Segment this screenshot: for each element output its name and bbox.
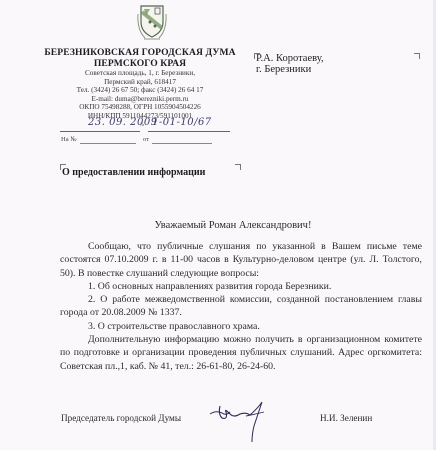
org-name-line2: ПЕРМСКОГО КРАЯ xyxy=(40,58,240,69)
agenda-item-2: 2. О работе межведомственной комиссии, с… xyxy=(60,293,422,320)
body-paragraph-2: Дополнительную информацию можно получить… xyxy=(60,333,422,373)
date-underline xyxy=(60,131,140,132)
registration-date: 23. 09. 2009 xyxy=(88,117,158,128)
agenda-item-3: 3. О строительстве православного храма. xyxy=(60,320,422,333)
ref-from-label: от xyxy=(143,136,149,143)
signatory-name: Н.И. Зеленин xyxy=(320,413,372,423)
ref-from-line xyxy=(152,143,212,144)
body-paragraph-1: Сообщаю, что публичные слушания по указа… xyxy=(60,240,422,280)
addressee-name: Р.А. Коротаеву, xyxy=(256,53,324,64)
org-phone-fax: Тел. (3424) 26 67 50; факс (3424) 26 64 … xyxy=(40,86,240,95)
handwritten-signature-icon xyxy=(206,400,278,444)
letter-page: БЕРЕЗНИКОВСКАЯ ГОРОДСКАЯ ДУМА ПЕРМСКОГО … xyxy=(0,0,436,450)
signatory-title: Председатель городской Думы xyxy=(61,413,181,423)
number-label: № xyxy=(140,123,145,128)
org-email: E-mail: duma@berezniki.perm.ru xyxy=(40,95,240,104)
greeting: Уважаемый Роман Александрович! xyxy=(0,220,436,231)
org-address-line1: Советская площадь, 1, г. Березники, xyxy=(40,69,240,78)
org-name-line1: БЕРЕЗНИКОВСКАЯ ГОРОДСКАЯ ДУМА xyxy=(40,47,240,58)
subject-corner-right xyxy=(235,164,241,170)
org-okpo-ogrn: ОКПО 75498288, ОГРН 1055904504226 xyxy=(40,103,240,112)
number-underline xyxy=(148,131,230,132)
addressee-city: г. Березники xyxy=(256,64,324,75)
letterhead: БЕРЕЗНИКОВСКАЯ ГОРОДСКАЯ ДУМА ПЕРМСКОГО … xyxy=(40,47,240,120)
org-address-line2: Пермский край, 618417 xyxy=(40,78,240,87)
letter-subject: О предоставлении информации xyxy=(62,167,205,178)
address-corner-right xyxy=(414,53,420,59)
agenda-item-1: 1. Об основных направлениях развития гор… xyxy=(60,280,422,293)
letter-body: Сообщаю, что публичные слушания по указа… xyxy=(60,240,422,373)
coat-of-arms-icon xyxy=(136,2,168,42)
ref-number-label: На № xyxy=(61,136,77,143)
ref-number-line xyxy=(80,143,136,144)
registration-number: 1-01-10/67 xyxy=(152,117,212,128)
addressee-block: Р.А. Коротаеву, г. Березники xyxy=(256,53,324,75)
